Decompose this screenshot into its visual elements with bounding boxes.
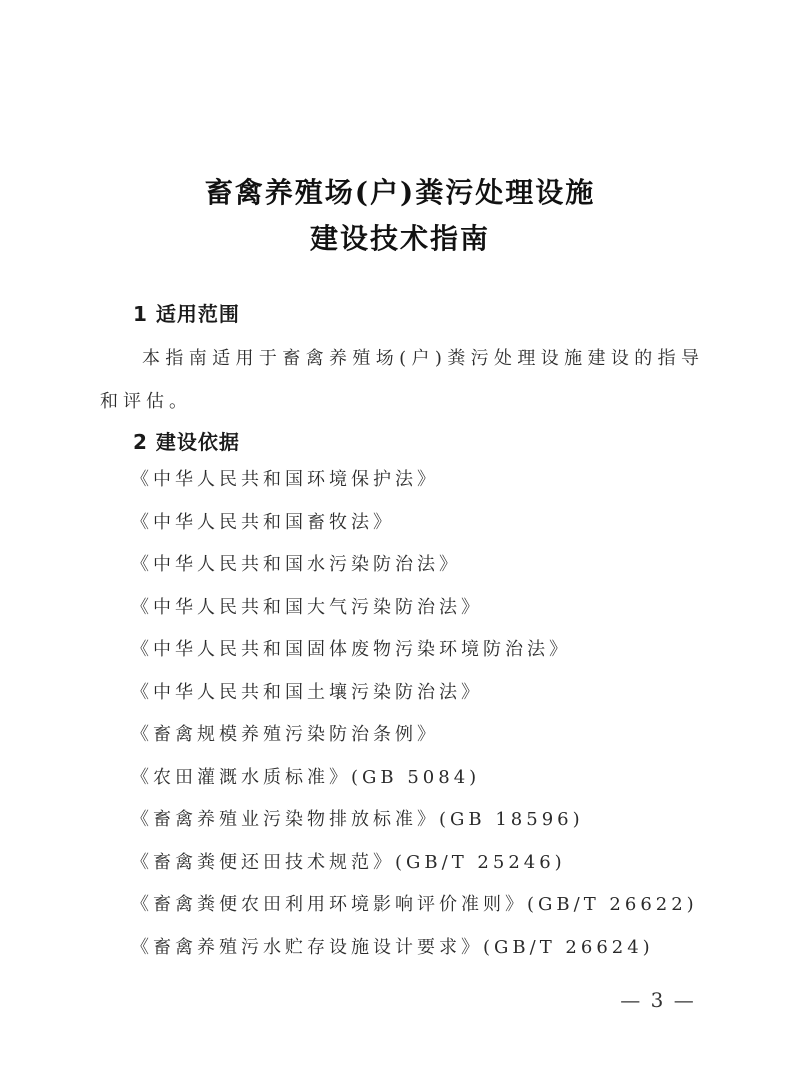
reference-item: 《中华人民共和国环境保护法》 bbox=[131, 459, 731, 502]
reference-item: 《中华人民共和国固体废物污染环境防治法》 bbox=[131, 629, 731, 672]
reference-item: 《畜禽养殖业污染物排放标准》(GB 18596) bbox=[131, 799, 731, 842]
document-page: 畜禽养殖场(户)粪污处理设施 建设技术指南 1 适用范围 本指南适用于畜禽养殖场… bbox=[0, 0, 800, 1092]
document-title: 畜禽养殖场(户)粪污处理设施 建设技术指南 bbox=[0, 170, 800, 262]
reference-item: 《中华人民共和国畜牧法》 bbox=[131, 502, 731, 545]
section-1-heading: 1 适用范围 bbox=[133, 301, 240, 327]
reference-item: 《中华人民共和国大气污染防治法》 bbox=[131, 587, 731, 630]
page-number: — 3 — bbox=[590, 988, 726, 1012]
reference-item: 《畜禽粪便农田利用环境影响评价准则》(GB/T 26622) bbox=[131, 884, 731, 927]
reference-item: 《中华人民共和国水污染防治法》 bbox=[131, 544, 731, 587]
document-title-line1: 畜禽养殖场(户)粪污处理设施 bbox=[0, 170, 800, 216]
reference-item: 《畜禽规模养殖污染防治条例》 bbox=[131, 714, 731, 757]
reference-item: 《畜禽粪便还田技术规范》(GB/T 25246) bbox=[131, 842, 731, 885]
reference-item: 《中华人民共和国土壤污染防治法》 bbox=[131, 672, 731, 715]
section-2-heading: 2 建设依据 bbox=[133, 429, 240, 455]
document-title-line2: 建设技术指南 bbox=[0, 216, 800, 262]
reference-item: 《农田灌溉水质标准》(GB 5084) bbox=[131, 757, 731, 800]
references-list: 《中华人民共和国环境保护法》 《中华人民共和国畜牧法》 《中华人民共和国水污染防… bbox=[131, 459, 731, 969]
reference-item: 《畜禽养殖污水贮存设施设计要求》(GB/T 26624) bbox=[131, 927, 731, 970]
section-1-paragraph: 本指南适用于畜禽养殖场(户)粪污处理设施建设的指导和评估。 bbox=[100, 337, 704, 423]
